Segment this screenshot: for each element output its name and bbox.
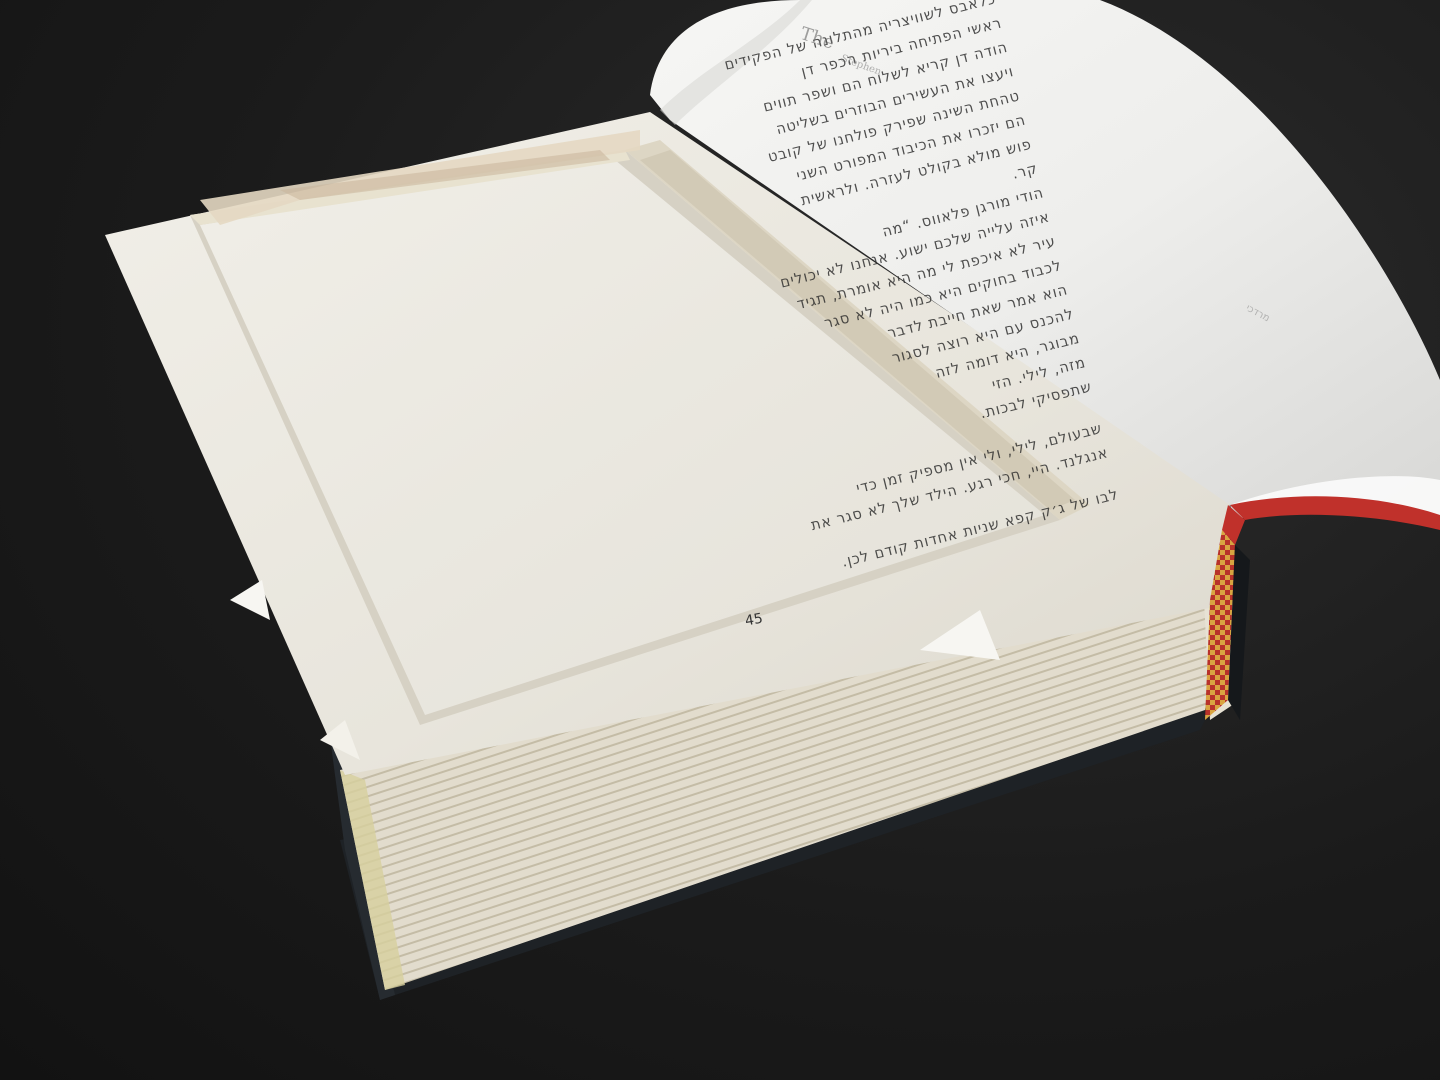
- page-number: 45: [744, 611, 764, 630]
- book-safe-illustration: [0, 0, 1440, 1080]
- photo-scene: כלאבס לשוויצריה מהתלונה של הפקידים ראשי …: [0, 0, 1440, 1080]
